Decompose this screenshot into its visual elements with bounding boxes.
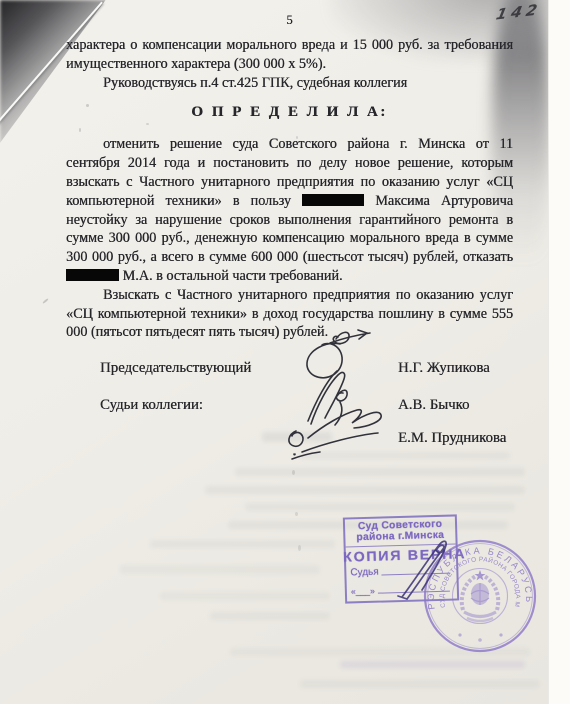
ruling-heading: О П Р Е Д Е Л И Л А: bbox=[66, 104, 513, 121]
document-body: 5 характера о компенсации морального вре… bbox=[66, 13, 513, 447]
bleedthrough-mark bbox=[160, 592, 330, 600]
ruling-text-part3: М.А. в остальной части требований. bbox=[119, 268, 343, 284]
bleedthrough-mark bbox=[300, 452, 510, 459]
judges-label: Судьи коллегии: bbox=[100, 396, 364, 414]
stamp-date-prefix: «___» bbox=[351, 586, 375, 597]
paragraph-continuation: характера о компенсации морального вреда… bbox=[66, 36, 513, 74]
signature-row-judge3: Е.М. Прудникова bbox=[66, 429, 513, 447]
scan-speck bbox=[42, 298, 49, 304]
paragraph-guided-by: Руководствуясь п.4 ст.425 ГПК, судебная … bbox=[66, 74, 513, 93]
presiding-label: Председательствующий bbox=[100, 359, 364, 377]
scan-speck bbox=[298, 545, 301, 551]
scan-edge-strip bbox=[548, 0, 570, 704]
signature-row-presiding: Председательствующий Н.Г. Жупикова bbox=[66, 359, 513, 377]
empty-label bbox=[100, 429, 364, 447]
judge3-name: Е.М. Прудникова bbox=[398, 429, 506, 447]
scan-speck bbox=[295, 512, 298, 516]
page-number: 5 bbox=[66, 13, 513, 27]
bleedthrough-mark bbox=[205, 486, 525, 494]
bleedthrough-mark bbox=[235, 468, 525, 476]
paragraph-ruling: отменить решение суда Советского района … bbox=[66, 135, 513, 285]
bleedthrough-mark bbox=[210, 612, 330, 620]
presiding-name: Н.Г. Жупикова bbox=[398, 359, 490, 377]
bleedthrough-mark bbox=[120, 565, 320, 574]
stamp-judge-label: Судья bbox=[350, 566, 379, 578]
belarus-emblem-graphic bbox=[458, 570, 502, 642]
bleedthrough-mark bbox=[245, 503, 515, 511]
stamp-ghost-mark bbox=[340, 661, 525, 668]
judge2-name: А.В. Бычко bbox=[398, 396, 469, 414]
round-official-seal: РЭСПУБЛІКА БЕЛАРУСЬ СУД СОВЕТСКОГО РАЙОН… bbox=[417, 536, 545, 660]
scanned-court-document-page: 142 5 характера о компенсации морального… bbox=[0, 0, 570, 704]
scan-speck bbox=[292, 470, 295, 475]
paragraph-state-duty: Взыскать с Частного унитарного предприят… bbox=[66, 286, 513, 342]
redaction-bar bbox=[302, 194, 364, 207]
bleedthrough-mark bbox=[150, 540, 335, 548]
bleedthrough-mark bbox=[300, 680, 540, 688]
redaction-bar bbox=[66, 269, 119, 282]
signature-row-judge2: Судьи коллегии: А.В. Бычко bbox=[66, 396, 513, 414]
